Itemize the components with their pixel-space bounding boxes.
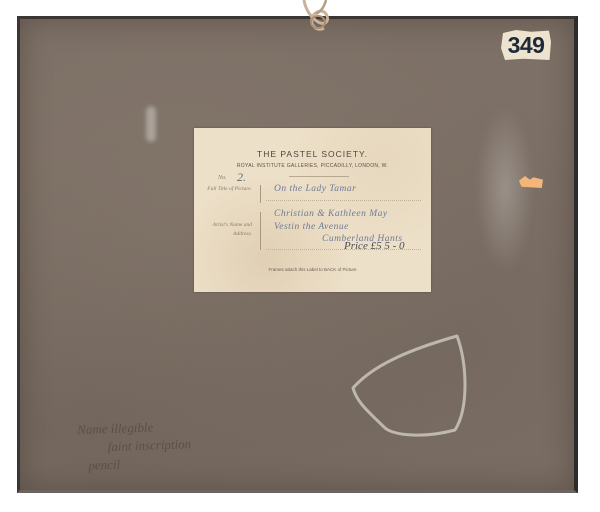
chalk-loop-drawing: [345, 318, 475, 443]
picture-title-value: On the Lady Tamar: [274, 184, 356, 194]
title-field-label: Full Title of Picture.: [206, 185, 252, 194]
bracket: [260, 185, 261, 203]
lot-number: 349: [508, 32, 545, 59]
hanging-string: [296, 0, 340, 34]
bracket: [260, 212, 261, 250]
artist-field-label: Artist's Name and Address.: [206, 221, 252, 239]
lot-number-tag: 349: [501, 30, 551, 60]
number-label: No.: [218, 175, 227, 181]
pencil-inscription: Name illegible faint inscription pencil: [77, 415, 259, 491]
label-subtitle: ROYAL INSTITUTE GALLERIES, PICCADILLY, L…: [194, 163, 431, 169]
chalk-mark: [146, 106, 156, 142]
label-footer: Frames attach this Label to BACK of Pict…: [194, 267, 431, 272]
artist-name-value: Christian & Kathleen May: [274, 209, 388, 219]
number-value: 2.: [237, 170, 246, 185]
divider: [289, 176, 349, 177]
price-value: Price £5 5 - 0: [344, 240, 404, 252]
exhibition-label: THE PASTEL SOCIETY. ROYAL INSTITUTE GALL…: [194, 128, 431, 292]
chalk-smudge: [475, 104, 535, 274]
label-title: THE PASTEL SOCIETY.: [194, 149, 431, 159]
artist-address-line1: Vestin the Avenue: [274, 222, 349, 232]
dotted-line: [266, 200, 421, 201]
